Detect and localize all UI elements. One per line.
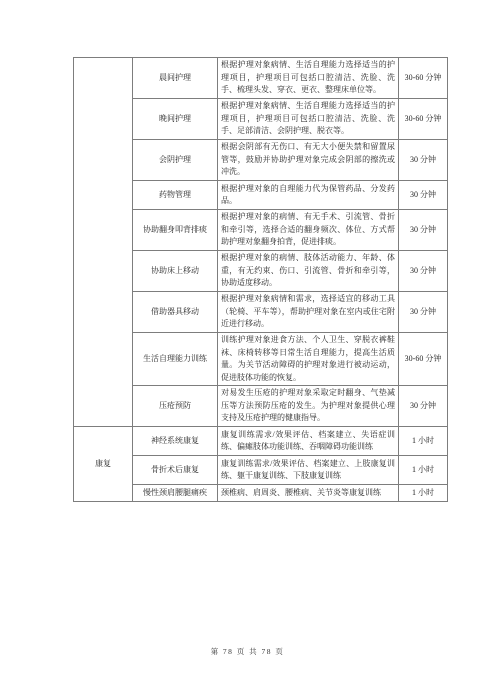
item-name-cell: 生活自理能力训练 [133,333,218,386]
duration-cell: 30 分钟 [399,251,448,292]
duration-cell: 1 小时 [399,485,448,502]
category-cell: 康复 [74,427,133,502]
duration-cell: 1 小时 [399,456,448,485]
item-name-cell: 协助翻身叩背排痰 [133,210,218,251]
item-name-cell: 压疮预防 [133,386,218,427]
description-cell: 根据护理对象的病情、肢体活动能力、年龄、体重，有无约束、伤口、引流管、骨折和牵引… [218,251,399,292]
duration-cell: 30 分钟 [399,181,448,210]
description-cell: 根据护理对象病情和需求，选择适宜的移动工具（轮椅、平车等），帮助护理对象在室内或… [218,292,399,333]
item-name-cell: 晨间护理 [133,58,218,99]
description-cell: 康复训练需求/效果评估、档案建立、失语症训练、偏瘫肢体功能训练、吞咽障碍功能训练 [218,427,399,456]
table-row: 晨间护理根据护理对象病情、生活自理能力选择适当的护理项目，护理项目可包括口腔清洁… [74,58,448,99]
description-cell: 颈椎病、肩周炎、腰椎病、关节炎等康复训练 [218,485,399,502]
description-cell: 康复训练需求/效果评估、档案建立、上肢康复训练、躯干康复训练、下肢康复训练 [218,456,399,485]
item-name-cell: 借助器具移动 [133,292,218,333]
item-name-cell: 慢性颈肩腰腿痛疾 [133,485,218,502]
duration-cell: 30 分钟 [399,292,448,333]
item-name-cell: 会阴护理 [133,140,218,181]
item-name-cell: 神经系统康复 [133,427,218,456]
description-cell: 根据会阴部有无伤口、有无大小便失禁和留置尿管等，鼓励并协助护理对象完成会阴部的擦… [218,140,399,181]
duration-cell: 30 分钟 [399,386,448,427]
description-cell: 根据护理对象的病情、有无手术、引流管、骨折和牵引等，选择合适的翻身频次、体位、方… [218,210,399,251]
category-cell [74,58,133,427]
item-name-cell: 协助床上移动 [133,251,218,292]
document-page: 晨间护理根据护理对象病情、生活自理能力选择适当的护理项目，护理项目可包括口腔清洁… [0,0,495,700]
item-name-cell: 骨折术后康复 [133,456,218,485]
description-cell: 训练护理对象进食方法、个人卫生、穿脱衣裤鞋袜、床椅转移等日常生活自理能力，提高生… [218,333,399,386]
item-name-cell: 晚间护理 [133,99,218,140]
description-cell: 根据护理对象病情、生活自理能力选择适当的护理项目，护理项目可包括口腔清洁、洗脸、… [218,58,399,99]
description-cell: 根据护理对象病情、生活自理能力选择适当的护理项目，护理项目可包括口腔清洁、洗脸、… [218,99,399,140]
item-name-cell: 药物管理 [133,181,218,210]
page-number-footer: 第 78 页 共 78 页 [0,646,495,657]
description-cell: 对易发生压疮的护理对象采取定时翻身、气垫减压等方法预防压疮的发生。为护理对象提供… [218,386,399,427]
duration-cell: 30-60 分钟 [399,99,448,140]
care-service-table: 晨间护理根据护理对象病情、生活自理能力选择适当的护理项目，护理项目可包括口腔清洁… [73,57,448,502]
duration-cell: 30-60 分钟 [399,58,448,99]
duration-cell: 1 小时 [399,427,448,456]
table-row: 康复神经系统康复康复训练需求/效果评估、档案建立、失语症训练、偏瘫肢体功能训练、… [74,427,448,456]
duration-cell: 30 分钟 [399,140,448,181]
duration-cell: 30-60 分钟 [399,333,448,386]
description-cell: 根据护理对象的自理能力代为保管药品、分发药品。 [218,181,399,210]
duration-cell: 30 分钟 [399,210,448,251]
table-body: 晨间护理根据护理对象病情、生活自理能力选择适当的护理项目，护理项目可包括口腔清洁… [74,58,448,502]
